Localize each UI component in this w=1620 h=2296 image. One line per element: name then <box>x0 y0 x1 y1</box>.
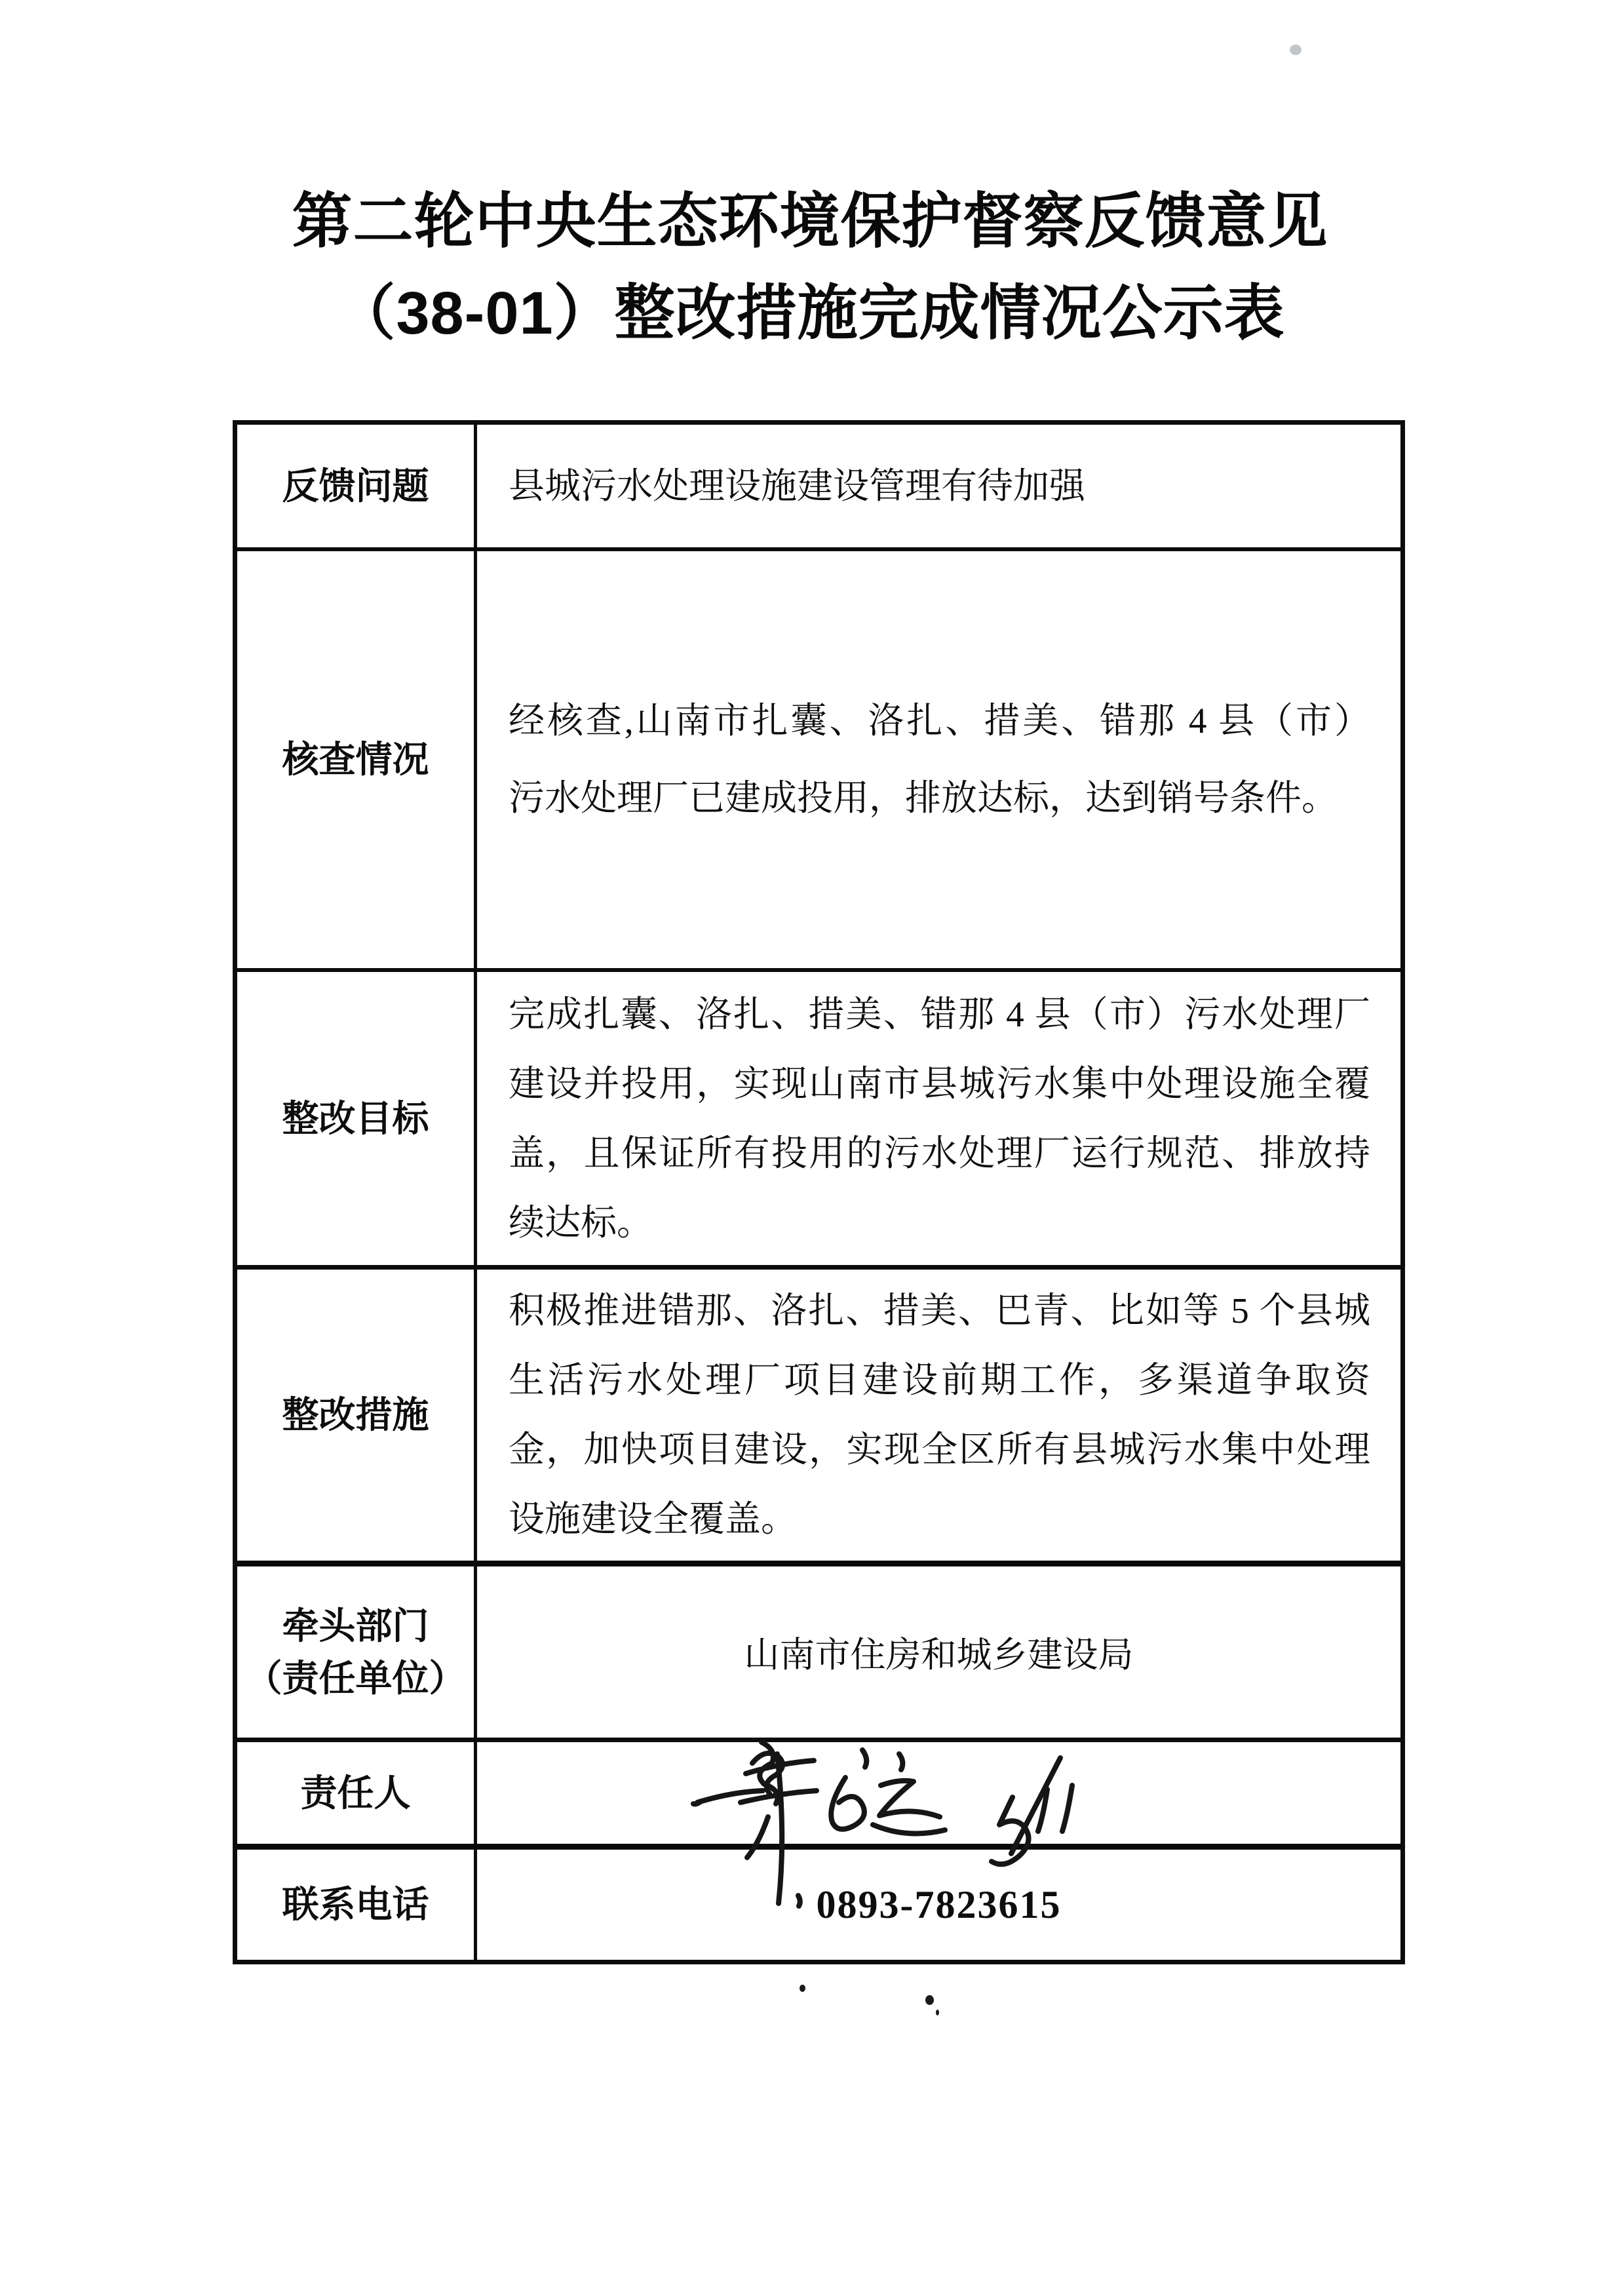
table-row-contact-phone: 联系电话 0893-7823615 <box>237 1850 1400 1960</box>
document-page: 第二轮中央生态环境保护督察反馈意见 （38-01）整改措施完成情况公示表 反馈问… <box>0 0 1620 2296</box>
lead-department-label-line1: 牵头部门 <box>282 1600 429 1652</box>
rectification-table: 反馈问题 县城污水处理设施建设管理有待加强 核查情况 经核查,山南市扎囊、洛扎、… <box>233 420 1405 1964</box>
responsible-person-label: 责任人 <box>237 1742 477 1844</box>
table-row-rectification-measures: 整改措施 积极推进错那、洛扎、措美、巴青、比如等 5 个县城 生活污水处理厂项目… <box>237 1270 1400 1566</box>
table-row-feedback-problem: 反馈问题 县城污水处理设施建设管理有待加强 <box>237 425 1400 551</box>
responsible-person-value: 谭会之 5/11 <box>477 1742 1400 1844</box>
goal-line3: 盖，且保证所有投用的污水处理厂运行规范、排放持 <box>509 1119 1370 1188</box>
signature-transcription: 谭会之 5/11 <box>509 1793 509 1793</box>
verification-line2: 污水处理厂已建成投用，排放达标，达到销号条件。 <box>509 760 1370 837</box>
measures-line1: 积极推进错那、洛扎、措美、巴青、比如等 5 个县城 <box>509 1276 1370 1346</box>
verification-line1: 经核查,山南市扎囊、洛扎、措美、错那 4 县（市） <box>509 682 1370 760</box>
table-row-responsible-person: 责任人 谭会之 5/11 <box>237 1742 1400 1850</box>
rectification-goal-label: 整改目标 <box>237 972 477 1265</box>
verification-label: 核查情况 <box>237 551 477 968</box>
contact-phone-value: 0893-7823615 <box>477 1850 1400 1960</box>
document-title-line1: 第二轮中央生态环境保护督察反馈意见 <box>0 176 1620 267</box>
goal-line4: 续达标。 <box>509 1188 1370 1258</box>
scan-speck-bottom-left <box>800 1985 805 1992</box>
document-title-line2: （38-01）整改措施完成情况公示表 <box>0 267 1620 359</box>
contact-phone-label: 联系电话 <box>237 1850 477 1960</box>
verification-value: 经核查,山南市扎囊、洛扎、措美、错那 4 县（市） 污水处理厂已建成投用，排放达… <box>477 551 1400 968</box>
table-row-rectification-goal: 整改目标 完成扎囊、洛扎、措美、错那 4 县（市）污水处理厂 建设并投用，实现山… <box>237 972 1400 1270</box>
table-row-verification: 核查情况 经核查,山南市扎囊、洛扎、措美、错那 4 县（市） 污水处理厂已建成投… <box>237 551 1400 972</box>
rectification-measures-label: 整改措施 <box>237 1270 477 1561</box>
measures-line3: 金，加快项目建设，实现全区所有县城污水集中处理 <box>509 1415 1370 1485</box>
feedback-problem-label: 反馈问题 <box>237 425 477 547</box>
scan-speck-bottom-right <box>925 1995 934 2005</box>
measures-line4: 设施建设全覆盖。 <box>509 1485 1370 1554</box>
rectification-measures-value: 积极推进错那、洛扎、措美、巴青、比如等 5 个县城 生活污水处理厂项目建设前期工… <box>477 1270 1400 1561</box>
lead-department-label-line2: （责任单位） <box>246 1652 466 1705</box>
goal-line2: 建设并投用，实现山南市县城污水集中处理设施全覆 <box>509 1049 1370 1119</box>
table-row-lead-department: 牵头部门 （责任单位） 山南市住房和城乡建设局 <box>237 1566 1400 1742</box>
goal-line1: 完成扎囊、洛扎、措美、错那 4 县（市）污水处理厂 <box>509 980 1370 1049</box>
lead-department-value: 山南市住房和城乡建设局 <box>477 1566 1400 1738</box>
document-title: 第二轮中央生态环境保护督察反馈意见 （38-01）整改措施完成情况公示表 <box>0 176 1620 359</box>
rectification-goal-value: 完成扎囊、洛扎、措美、错那 4 县（市）污水处理厂 建设并投用，实现山南市县城污… <box>477 972 1400 1265</box>
measures-line2: 生活污水处理厂项目建设前期工作，多渠道争取资 <box>509 1346 1370 1415</box>
scan-speck-bottom-tail <box>936 2010 939 2015</box>
lead-department-label: 牵头部门 （责任单位） <box>237 1566 477 1738</box>
scan-speck-top <box>1290 45 1302 55</box>
feedback-problem-value: 县城污水处理设施建设管理有待加强 <box>477 425 1400 547</box>
